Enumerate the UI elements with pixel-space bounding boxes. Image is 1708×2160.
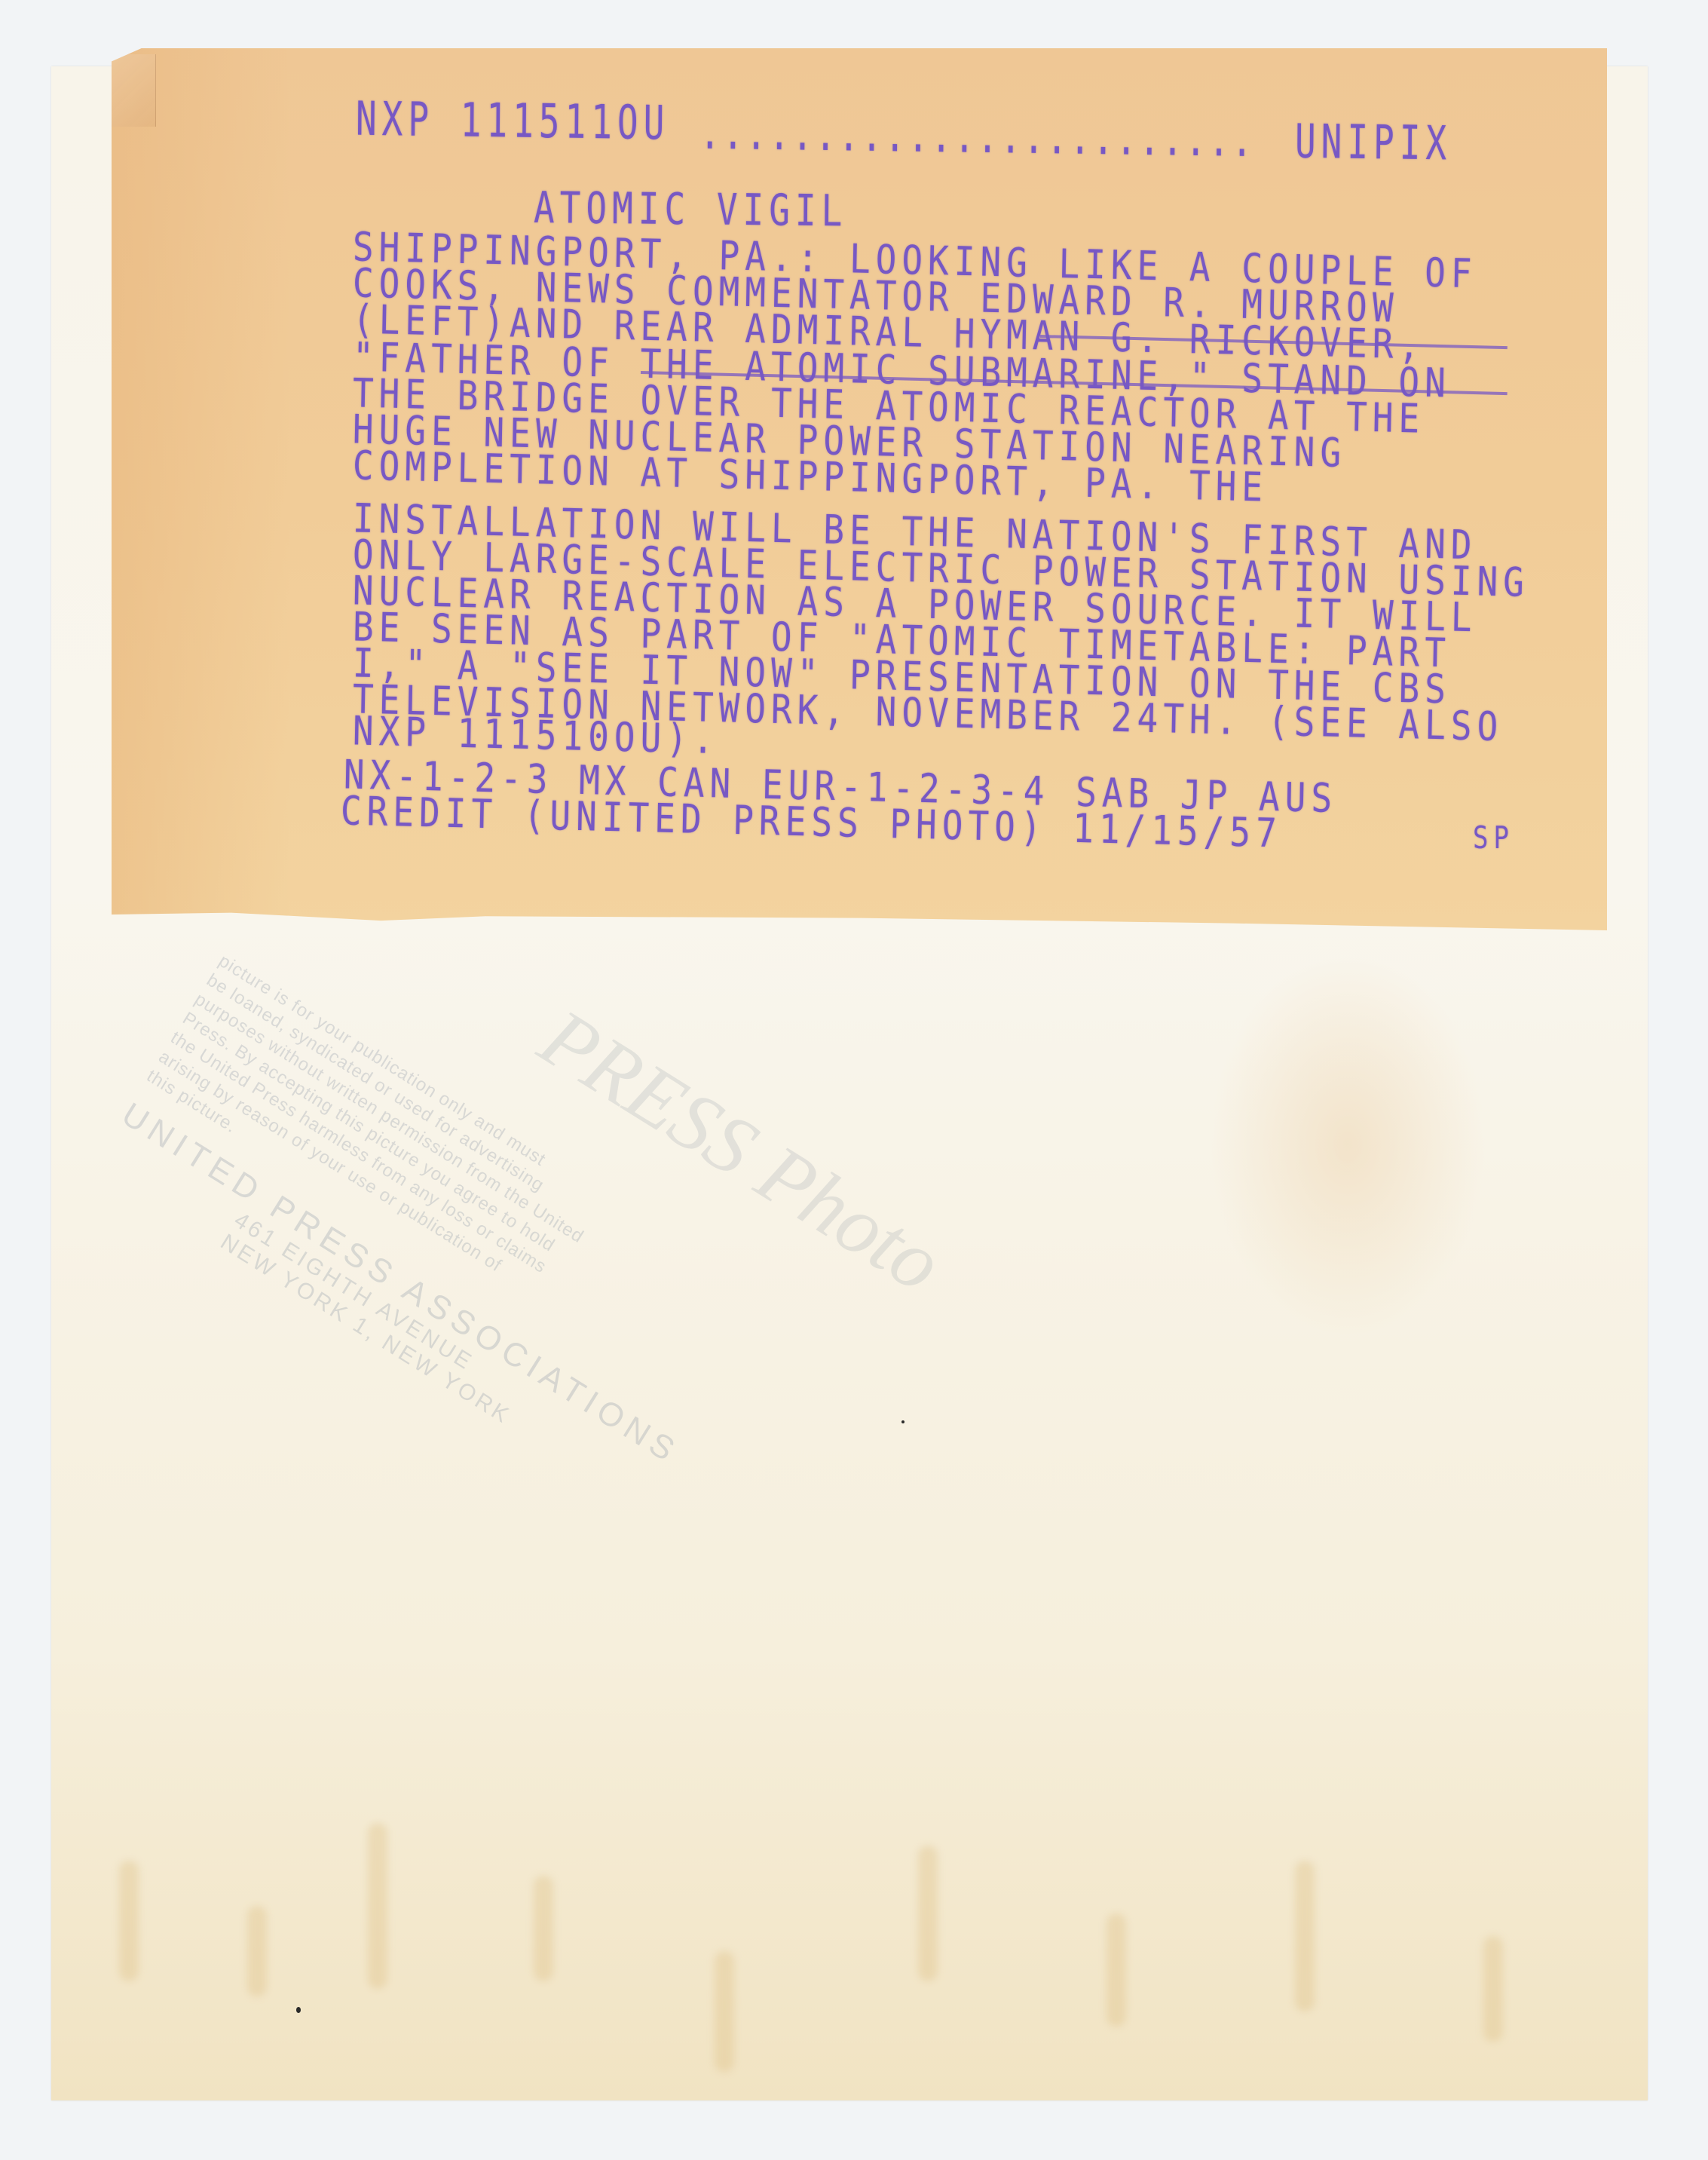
water-stain (247, 1906, 267, 1996)
water-stain (119, 1861, 139, 1981)
water-stain (1107, 1913, 1126, 2027)
dust-speck (296, 2007, 301, 2013)
water-stain (534, 1876, 553, 1981)
scanned-document: PRESS Photo picture is for your publicat… (0, 0, 1708, 2160)
serial-leader-dots: ........................ (699, 105, 1255, 167)
water-stain (715, 1951, 734, 2072)
water-stain (1295, 1861, 1315, 2011)
serial-number: NXP 111511OU (356, 91, 670, 151)
agency-name: UNIPIX (1295, 114, 1452, 171)
folded-corner (112, 54, 156, 127)
operator-initials: SP (1473, 820, 1514, 856)
water-stain (368, 1823, 387, 1989)
dust-speck (901, 1420, 905, 1423)
water-stain (1483, 1936, 1503, 2042)
water-stain (918, 1846, 938, 1981)
